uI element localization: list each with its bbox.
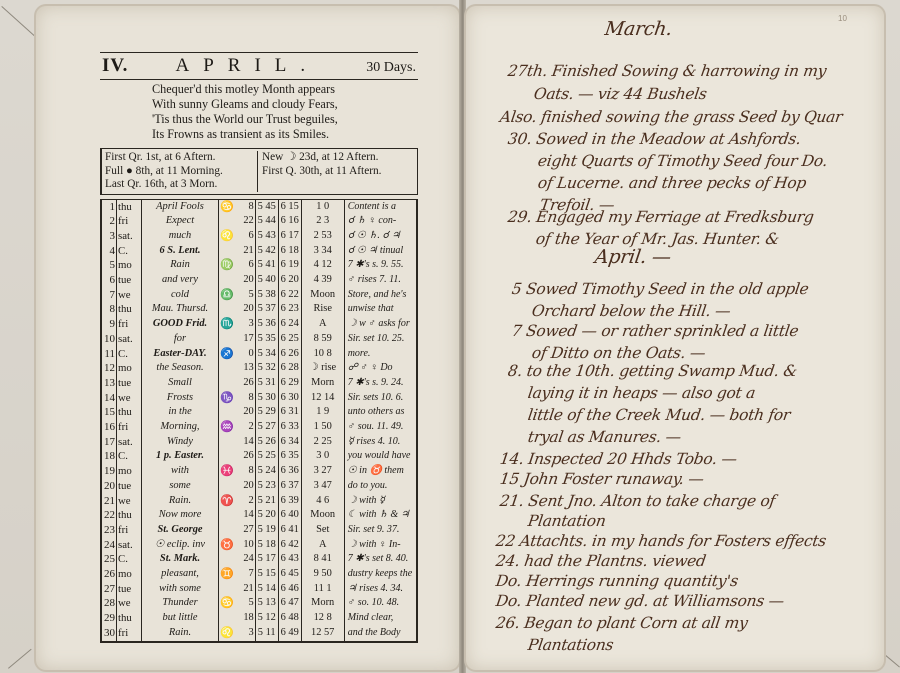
- sunset: 6 17: [278, 229, 301, 244]
- calendar-row: 21weRain.♈25 216 394 6☽ with ☿: [101, 494, 417, 509]
- month-heading: April. —: [593, 246, 672, 268]
- aspects-note: 7 ✱'s s. 9. 24.: [344, 376, 417, 391]
- day-number: 29: [101, 611, 117, 626]
- event: Rain: [142, 258, 219, 273]
- sunrise: 5 18: [255, 538, 278, 553]
- aspects-note: Sir. set 10. 25.: [344, 332, 417, 347]
- sunset: 6 36: [278, 464, 301, 479]
- diary-entry-line: 14. Inspected 20 Hhds Tobo. —: [499, 450, 738, 468]
- moon-rise-set: ☽ rise: [301, 361, 344, 376]
- sunset: 6 26: [278, 347, 301, 362]
- moon-sign: ♍: [219, 258, 235, 273]
- moon-rise-set: 11 1: [301, 582, 344, 597]
- day-number: 3: [101, 229, 117, 244]
- phase-line: Full ● 8th, at 11 Morning.: [105, 165, 257, 179]
- moon-rise-set: 3 34: [301, 244, 344, 259]
- moon-rise-set: Morn: [301, 376, 344, 391]
- verse-line: 'Tis thus the World our Trust beguiles,: [152, 112, 418, 127]
- sunset: 6 41: [278, 523, 301, 538]
- aspects-note: unwise that: [344, 302, 417, 317]
- diary-entry-line: 30. Sowed in the Meadow at Ashfords.: [507, 130, 802, 148]
- day-number: 18: [101, 449, 117, 464]
- moon-sign: ♋: [219, 596, 235, 611]
- event: 1 p. Easter.: [142, 449, 219, 464]
- moon-sign: [219, 361, 235, 376]
- sunrise: 5 37: [255, 302, 278, 317]
- aspects-note: Sir. sets 10. 6.: [344, 391, 417, 406]
- moon-degree: 20: [235, 273, 256, 288]
- calendar-row: 19mowith♓85 246 363 27☉ in ♉ them: [101, 464, 417, 479]
- moon-sign: [219, 244, 235, 259]
- day-number: 27: [101, 582, 117, 597]
- moon-degree: 3: [235, 626, 256, 642]
- aspects-note: ☿ rises 4. 10.: [344, 435, 417, 450]
- calendar-row: 15thuin the205 296 311 9unto others as: [101, 405, 417, 420]
- sunset: 6 33: [278, 420, 301, 435]
- weekday: thu: [117, 611, 142, 626]
- month-header: IV. APRIL. 30 Days.: [100, 53, 418, 79]
- sunrise: 5 19: [255, 523, 278, 538]
- calendar-row: 23friSt. George275 196 41SetSir. set 9. …: [101, 523, 417, 538]
- weekday: C.: [117, 449, 142, 464]
- calendar-row: 28weThunder♋55 136 47Morn♂ so. 10. 48.: [101, 596, 417, 611]
- sunrise: 5 11: [255, 626, 278, 642]
- phase-line: New ☽ 23d, at 12 Aftern.: [262, 151, 414, 165]
- sunset: 6 47: [278, 596, 301, 611]
- moon-rise-set: 9 50: [301, 567, 344, 582]
- sunrise: 5 17: [255, 552, 278, 567]
- day-number: 19: [101, 464, 117, 479]
- sunrise: 5 14: [255, 582, 278, 597]
- event: Rain.: [142, 494, 219, 509]
- phase-line: First Qr. 1st, at 6 Aftern.: [105, 151, 257, 165]
- event: Morning,: [142, 420, 219, 435]
- day-number: 1: [101, 199, 117, 214]
- day-number: 7: [101, 288, 117, 303]
- weekday: tue: [117, 376, 142, 391]
- diary-entry-line: little of the Creek Mud. — both for: [527, 406, 792, 424]
- moon-sign: [219, 214, 235, 229]
- weekday: mo: [117, 567, 142, 582]
- aspects-note: ♂ sou. 11. 49.: [344, 420, 417, 435]
- almanac-block: IV. APRIL. 30 Days. Chequer'd this motle…: [100, 52, 418, 643]
- day-number: 14: [101, 391, 117, 406]
- weekday: C.: [117, 347, 142, 362]
- aspects-note: ☽ with ☿: [344, 494, 417, 509]
- moon-degree: 8: [235, 391, 256, 406]
- moon-rise-set: 3 47: [301, 479, 344, 494]
- calendar-row: 7wecold♎55 386 22MoonStore, and he's: [101, 288, 417, 303]
- aspects-note: ☌ ☉ ♄. ☌ ♃: [344, 229, 417, 244]
- weekday: we: [117, 494, 142, 509]
- moon-sign: [219, 611, 235, 626]
- moon-rise-set: 4 12: [301, 258, 344, 273]
- event: cold: [142, 288, 219, 303]
- aspects-note: and the Body: [344, 626, 417, 642]
- moon-sign: ♈: [219, 494, 235, 509]
- sunset: 6 28: [278, 361, 301, 376]
- sunrise: 5 24: [255, 464, 278, 479]
- diary-entry-line: 21. Sent Jno. Alton to take charge of: [499, 492, 777, 510]
- sunrise: 5 42: [255, 244, 278, 259]
- sunset: 6 43: [278, 552, 301, 567]
- calendar-row: 4C.6 S. Lent.215 426 183 34☌ ☉ ♃ tinual: [101, 244, 417, 259]
- sunrise: 5 32: [255, 361, 278, 376]
- moon-rise-set: 12 14: [301, 391, 344, 406]
- calendar-row: 20tuesome205 236 373 47do to you.: [101, 479, 417, 494]
- weekday: fri: [117, 523, 142, 538]
- sunset: 6 29: [278, 376, 301, 391]
- moon-degree: 22: [235, 214, 256, 229]
- diary-entry-line: 5 Sowed Timothy Seed in the old apple: [511, 280, 810, 298]
- event: some: [142, 479, 219, 494]
- day-number: 21: [101, 494, 117, 509]
- weekday: C.: [117, 552, 142, 567]
- calendar-row: 11C.Easter-DAY.♐05 346 2610 8more.: [101, 347, 417, 362]
- day-number: 9: [101, 317, 117, 332]
- weekday: thu: [117, 302, 142, 317]
- day-number: 8: [101, 302, 117, 317]
- moon-rise-set: Moon: [301, 508, 344, 523]
- diary-entry-line: tryal as Manures. —: [527, 428, 682, 446]
- diary-entry-line: Plantation: [527, 512, 607, 530]
- calendar-row: 29thubut little185 126 4812 8Mind clear,: [101, 611, 417, 626]
- sunset: 6 16: [278, 214, 301, 229]
- moon-rise-set: 4 6: [301, 494, 344, 509]
- event: but little: [142, 611, 219, 626]
- moon-sign: [219, 582, 235, 597]
- aspects-note: you would have: [344, 449, 417, 464]
- weekday: thu: [117, 405, 142, 420]
- weekday: we: [117, 596, 142, 611]
- moon-degree: 21: [235, 244, 256, 259]
- moon-degree: 5: [235, 288, 256, 303]
- event: April Fools: [142, 199, 219, 214]
- aspects-note: ♃ rises 4. 34.: [344, 582, 417, 597]
- day-number: 11: [101, 347, 117, 362]
- calendar-row: 16friMorning,♒25 276 331 50♂ sou. 11. 49…: [101, 420, 417, 435]
- diary-entry-line: 29. Engaged my Ferriage at Fredksburg: [507, 208, 815, 226]
- moon-sign: [219, 552, 235, 567]
- event: Windy: [142, 435, 219, 450]
- event: GOOD Frid.: [142, 317, 219, 332]
- diary-entry-line: of Ditto on the Oats. —: [531, 344, 707, 362]
- aspects-note: unto others as: [344, 405, 417, 420]
- event: Small: [142, 376, 219, 391]
- weekday: mo: [117, 464, 142, 479]
- moon-rise-set: 1 0: [301, 199, 344, 214]
- moon-sign: [219, 302, 235, 317]
- day-number: 25: [101, 552, 117, 567]
- aspects-note: ☽ w ♂ asks for: [344, 317, 417, 332]
- day-number: 12: [101, 361, 117, 376]
- moon-degree: 10: [235, 538, 256, 553]
- weekday: we: [117, 288, 142, 303]
- moon-rise-set: Rise: [301, 302, 344, 317]
- diary-entry-line: Also. finished sowing the grass Seed by …: [499, 108, 844, 126]
- moon-rise-set: 8 59: [301, 332, 344, 347]
- calendar-row: 6tueand very205 406 204 39♂ rises 7. 11.: [101, 273, 417, 288]
- month-title: APRIL.: [175, 55, 319, 77]
- moon-rise-set: 10 8: [301, 347, 344, 362]
- moon-rise-set: Set: [301, 523, 344, 538]
- aspects-note: dustry keeps the: [344, 567, 417, 582]
- diary-entry-line: Orchard below the Hill. —: [531, 302, 732, 320]
- moon-sign: ♊: [219, 567, 235, 582]
- day-number: 20: [101, 479, 117, 494]
- sunrise: 5 30: [255, 391, 278, 406]
- aspects-note: ♂ so. 10. 48.: [344, 596, 417, 611]
- moon-phases-right: New ☽ 23d, at 12 Aftern. First Q. 30th, …: [257, 151, 414, 192]
- sunset: 6 22: [278, 288, 301, 303]
- calendar-row: 9friGOOD Frid.♏35 366 24A☽ w ♂ asks for: [101, 317, 417, 332]
- diary-entry-line: 26. Began to plant Corn at all my: [495, 614, 749, 632]
- verse-line: Its Frowns as transient as its Smiles.: [152, 127, 418, 142]
- day-number: 2: [101, 214, 117, 229]
- event: Easter-DAY.: [142, 347, 219, 362]
- weekday: thu: [117, 508, 142, 523]
- weekday: sat.: [117, 332, 142, 347]
- moon-sign: [219, 435, 235, 450]
- weekday: C.: [117, 244, 142, 259]
- sunrise: 5 13: [255, 596, 278, 611]
- calendar-row: 2friExpect225 446 162 3☌ ♄ ♀ con-: [101, 214, 417, 229]
- calendar-table: 1thuApril Fools♋85 456 151 0Content is a…: [100, 199, 418, 643]
- moon-degree: 7: [235, 567, 256, 582]
- weekday: mo: [117, 361, 142, 376]
- moon-sign: [219, 273, 235, 288]
- moon-rise-set: 12 57: [301, 626, 344, 642]
- calendar-row: 30friRain.♌35 116 4912 57and the Body: [101, 626, 417, 642]
- moon-sign: ♋: [219, 199, 235, 214]
- event: and very: [142, 273, 219, 288]
- sunrise: 5 31: [255, 376, 278, 391]
- calendar-row: 22thuNow more145 206 40Moon☾ with ♄ & ♃: [101, 508, 417, 523]
- weekday: fri: [117, 420, 142, 435]
- aspects-note: 7 ✱'s s. 9. 55.: [344, 258, 417, 273]
- sunrise: 5 20: [255, 508, 278, 523]
- sunset: 6 20: [278, 273, 301, 288]
- moon-degree: 17: [235, 332, 256, 347]
- weekday: sat.: [117, 229, 142, 244]
- diary-entry-line: 7 Sowed — or rather sprinkled a little: [511, 322, 800, 340]
- sunrise: 5 25: [255, 449, 278, 464]
- moon-rise-set: 4 39: [301, 273, 344, 288]
- moon-degree: 20: [235, 405, 256, 420]
- month-heading: March.: [603, 18, 673, 40]
- diary-entry-line: Do. Herrings running quantity's: [495, 572, 739, 590]
- sunset: 6 15: [278, 199, 301, 214]
- aspects-note: ☽ with ♀ In-: [344, 538, 417, 553]
- weekday: tue: [117, 273, 142, 288]
- day-number: 13: [101, 376, 117, 391]
- moon-degree: 2: [235, 494, 256, 509]
- moon-rise-set: 2 25: [301, 435, 344, 450]
- moon-sign: [219, 332, 235, 347]
- sunset: 6 37: [278, 479, 301, 494]
- day-number: 24: [101, 538, 117, 553]
- aspects-note: do to you.: [344, 479, 417, 494]
- event: pleasant,: [142, 567, 219, 582]
- calendar-row: 25C.St. Mark.245 176 438 417 ✱'s set 8. …: [101, 552, 417, 567]
- sunrise: 5 12: [255, 611, 278, 626]
- diary-entry-line: Oats. — viz 44 Bushels: [533, 85, 708, 103]
- weekday: sat.: [117, 538, 142, 553]
- book-gutter: [459, 0, 466, 673]
- weekday: sat.: [117, 435, 142, 450]
- moon-sign: ♎: [219, 288, 235, 303]
- aspects-note: ☌ ☉ ♃ tinual: [344, 244, 417, 259]
- moon-degree: 24: [235, 552, 256, 567]
- moon-sign: ♌: [219, 229, 235, 244]
- moon-sign: [219, 523, 235, 538]
- day-number: 28: [101, 596, 117, 611]
- moon-degree: 8: [235, 199, 256, 214]
- moon-degree: 2: [235, 420, 256, 435]
- sunrise: 5 34: [255, 347, 278, 362]
- calendar-row: 27tuewith some215 146 4611 1♃ rises 4. 3…: [101, 582, 417, 597]
- moon-degree: 26: [235, 449, 256, 464]
- diary-entry-line: 22 Attachts. in my hands for Fosters eff…: [495, 532, 828, 550]
- verse-line: Chequer'd this motley Month appears: [152, 82, 418, 97]
- event: the Season.: [142, 361, 219, 376]
- day-number: 30: [101, 626, 117, 642]
- aspects-note: ♂ rises 7. 11.: [344, 273, 417, 288]
- diary-entry-line: laying it in heaps — also got a: [527, 384, 757, 402]
- verse: Chequer'd this motley Month appears With…: [100, 80, 418, 145]
- moon-degree: 14: [235, 508, 256, 523]
- diary-entry-line: eight Quarts of Timothy Seed four Do.: [537, 152, 829, 170]
- page-number: 10: [838, 14, 847, 23]
- diary-entry-line: 27th. Finished Sowing & harrowing in my: [507, 62, 828, 80]
- moon-degree: 20: [235, 302, 256, 317]
- calendar-row: 24sat.☉ eclip. inv♉105 186 42A☽ with ♀ I…: [101, 538, 417, 553]
- sunrise: 5 21: [255, 494, 278, 509]
- sunrise: 5 43: [255, 229, 278, 244]
- moon-degree: 20: [235, 479, 256, 494]
- calendar-row: 3sat.much♌65 436 172 53☌ ☉ ♄. ☌ ♃: [101, 229, 417, 244]
- aspects-note: Mind clear,: [344, 611, 417, 626]
- sunset: 6 48: [278, 611, 301, 626]
- moon-sign: ♒: [219, 420, 235, 435]
- moon-rise-set: 1 50: [301, 420, 344, 435]
- calendar-row: 18C.1 p. Easter.265 256 353 0you would h…: [101, 449, 417, 464]
- moon-rise-set: Morn: [301, 596, 344, 611]
- phase-line: First Q. 30th, at 11 Aftern.: [262, 165, 414, 179]
- calendar-row: 12mothe Season.135 326 28☽ rise☍ ♂ ♀ Do: [101, 361, 417, 376]
- day-number: 4: [101, 244, 117, 259]
- event: in the: [142, 405, 219, 420]
- moon-degree: 21: [235, 582, 256, 597]
- moon-rise-set: 1 9: [301, 405, 344, 420]
- moon-rise-set: 8 41: [301, 552, 344, 567]
- sunrise: 5 40: [255, 273, 278, 288]
- moon-degree: 8: [235, 464, 256, 479]
- weekday: fri: [117, 317, 142, 332]
- moon-sign: ♉: [219, 538, 235, 553]
- sunset: 6 46: [278, 582, 301, 597]
- moon-degree: 13: [235, 361, 256, 376]
- aspects-note: Sir. set 9. 37.: [344, 523, 417, 538]
- day-number: 16: [101, 420, 117, 435]
- diary-entry-line: Do. Planted new gd. at Williamsons —: [495, 592, 785, 610]
- sunset: 6 30: [278, 391, 301, 406]
- sunrise: 5 45: [255, 199, 278, 214]
- moon-degree: 5: [235, 596, 256, 611]
- event: much: [142, 229, 219, 244]
- event: Expect: [142, 214, 219, 229]
- weekday: thu: [117, 199, 142, 214]
- sunset: 6 35: [278, 449, 301, 464]
- phase-line: Last Qr. 16th, at 3 Morn.: [105, 178, 257, 192]
- aspects-note: ☾ with ♄ & ♃: [344, 508, 417, 523]
- moon-degree: 0: [235, 347, 256, 362]
- day-number: 6: [101, 273, 117, 288]
- sunrise: 5 44: [255, 214, 278, 229]
- moon-sign: [219, 479, 235, 494]
- moon-degree: 3: [235, 317, 256, 332]
- moon-sign: ♐: [219, 347, 235, 362]
- sunset: 6 39: [278, 494, 301, 509]
- day-number: 10: [101, 332, 117, 347]
- calendar-row: 17sat.Windy145 266 342 25☿ rises 4. 10.: [101, 435, 417, 450]
- month-number: IV.: [102, 55, 128, 77]
- moon-degree: 6: [235, 229, 256, 244]
- sunrise: 5 29: [255, 405, 278, 420]
- event: St. Mark.: [142, 552, 219, 567]
- sunrise: 5 27: [255, 420, 278, 435]
- sunrise: 5 41: [255, 258, 278, 273]
- day-number: 17: [101, 435, 117, 450]
- moon-rise-set: A: [301, 538, 344, 553]
- event: Thunder: [142, 596, 219, 611]
- aspects-note: ☍ ♂ ♀ Do: [344, 361, 417, 376]
- calendar-row: 14weFrosts♑85 306 3012 14Sir. sets 10. 6…: [101, 391, 417, 406]
- diary-entry-line: Plantations: [527, 636, 615, 654]
- moon-degree: 6: [235, 258, 256, 273]
- moon-sign: ♏: [219, 317, 235, 332]
- diary-entry-line: 15 John Foster runaway. —: [499, 470, 705, 488]
- moon-degree: 14: [235, 435, 256, 450]
- event: with: [142, 464, 219, 479]
- moon-phases: First Qr. 1st, at 6 Aftern. Full ● 8th, …: [100, 148, 418, 195]
- aspects-note: Store, and he's: [344, 288, 417, 303]
- sunset: 6 23: [278, 302, 301, 317]
- aspects-note: Content is a: [344, 199, 417, 214]
- day-number: 22: [101, 508, 117, 523]
- calendar-row: 1thuApril Fools♋85 456 151 0Content is a: [101, 199, 417, 214]
- diary-entry-line: of Lucerne. and three pecks of Hop: [537, 174, 808, 192]
- event: Mau. Thursd.: [142, 302, 219, 317]
- weekday: fri: [117, 626, 142, 642]
- sunset: 6 49: [278, 626, 301, 642]
- moon-rise-set: Moon: [301, 288, 344, 303]
- sunrise: 5 23: [255, 479, 278, 494]
- moon-rise-set: 12 8: [301, 611, 344, 626]
- sunrise: 5 38: [255, 288, 278, 303]
- sunrise: 5 15: [255, 567, 278, 582]
- diary-entry-line: 24. had the Plantns. viewed: [495, 552, 707, 570]
- weekday: fri: [117, 214, 142, 229]
- sunrise: 5 26: [255, 435, 278, 450]
- calendar-row: 13tueSmall265 316 29Morn7 ✱'s s. 9. 24.: [101, 376, 417, 391]
- moon-degree: 18: [235, 611, 256, 626]
- sunset: 6 31: [278, 405, 301, 420]
- moon-sign: [219, 508, 235, 523]
- calendar-row: 10sat.for175 356 258 59Sir. set 10. 25.: [101, 332, 417, 347]
- sunset: 6 24: [278, 317, 301, 332]
- day-number: 26: [101, 567, 117, 582]
